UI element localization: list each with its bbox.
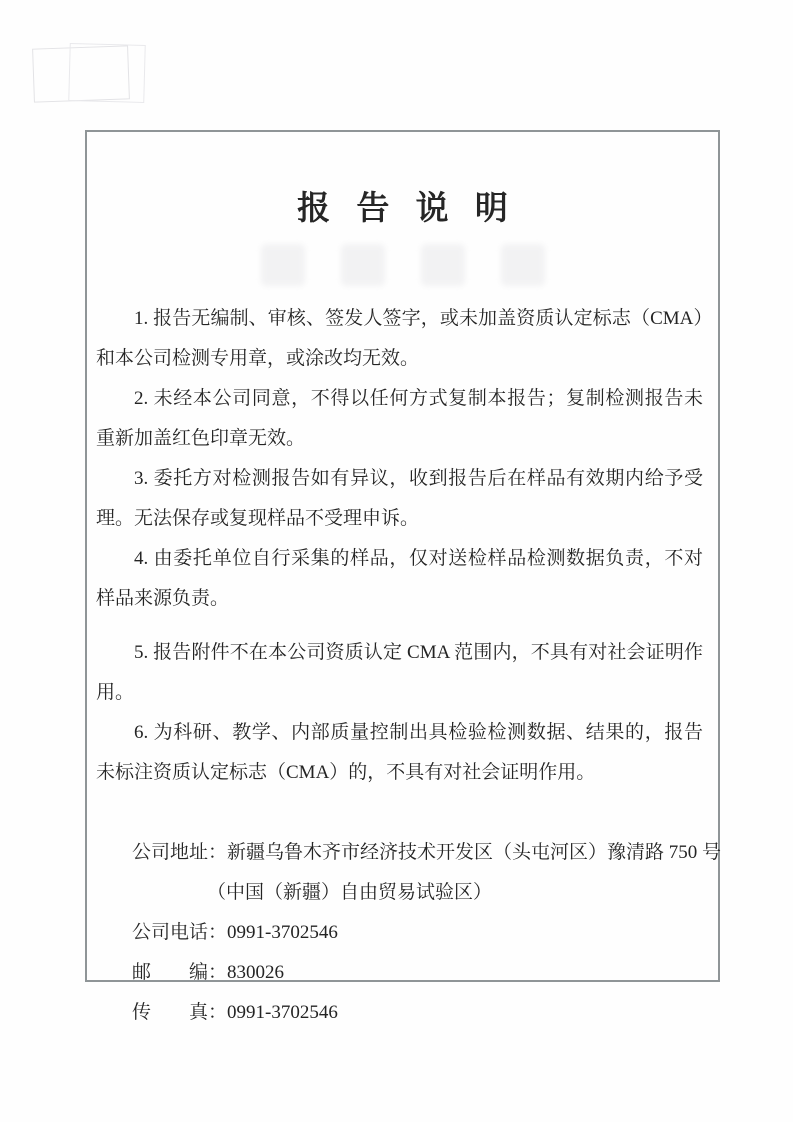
company-address-line: 公司地址：新疆乌鲁木齐市经济技术开发区（头屯河区）豫清路 750 号 [132,833,718,873]
ghost-glyph [341,244,385,286]
scanned-report-page: 报 告 说 明 1. 报告无编制、审核、签发人签字，或未加盖资质认定标志（CMA… [0,0,793,1122]
note-item-2: 2. 未经本公司同意，不得以任何方式复制本报告；复制检测报告未重新加盖红色印章无… [87,379,718,459]
note-item-1: 1. 报告无编制、审核、签发人签字，或未加盖资质认定标志（CMA）和本公司检测专… [87,299,718,379]
company-phone-label: 公司电话： [132,922,227,943]
notes-list: 1. 报告无编制、审核、签发人签字，或未加盖资质认定标志（CMA）和本公司检测专… [87,299,718,793]
note-item-3: 3. 委托方对检测报告如有异议，收到报告后在样品有效期内给予受理。无法保存或复现… [87,459,718,539]
ghost-glyph [501,244,545,286]
note-item-4: 4. 由委托单位自行采集的样品，仅对送检样品检测数据负责，不对样品来源负责。 [87,539,718,619]
company-contact-block: 公司地址：新疆乌鲁木齐市经济技术开发区（头屯河区）豫清路 750 号 （中国（新… [87,833,718,1033]
company-fax-value: 0991-3702546 [227,1002,338,1023]
company-postcode-value: 830026 [227,962,284,983]
page-title: 报 告 说 明 [87,182,718,229]
company-postcode-line: 邮 编：830026 [132,953,718,993]
company-address-line2: （中国（新疆）自由贸易试验区） [132,873,718,913]
company-address-value: 新疆乌鲁木齐市经济技术开发区（头屯河区）豫清路 750 号 [227,842,721,863]
company-address-label: 公司地址： [132,842,227,863]
faint-stamp-remnant [33,44,148,104]
company-phone-line: 公司电话：0991-3702546 [132,913,718,953]
bleed-through-artifact [87,241,718,289]
note-item-6: 6. 为科研、教学、内部质量控制出具检验检测数据、结果的，报告未标注资质认定标志… [87,713,718,793]
ghost-glyph [261,244,305,286]
company-address-line2-text: （中国（新疆）自由贸易试验区） [207,882,492,903]
report-notes-border-box: 报 告 说 明 1. 报告无编制、审核、签发人签字，或未加盖资质认定标志（CMA… [85,130,720,982]
company-fax-label: 传 真： [132,1002,227,1023]
company-postcode-label: 邮 编： [132,962,227,983]
ghost-glyph [421,244,465,286]
stamp-outline-right [68,43,145,103]
note-item-5: 5. 报告附件不在本公司资质认定 CMA 范围内，不具有对社会证明作用。 [87,633,718,713]
company-fax-line: 传 真：0991-3702546 [132,993,718,1033]
company-phone-value: 0991-3702546 [227,922,338,943]
